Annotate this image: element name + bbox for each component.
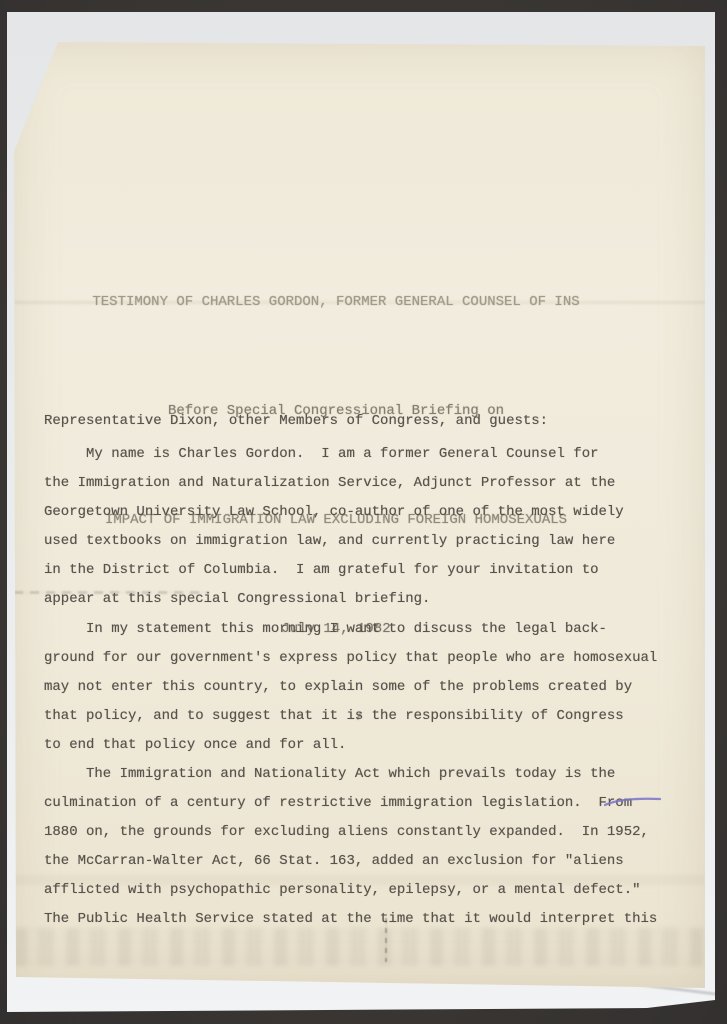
pen-underline-1952-icon bbox=[604, 796, 662, 808]
body-line: to end that policy once and for all. bbox=[44, 731, 684, 760]
pen-underline-stroke bbox=[605, 799, 660, 805]
body-line: the Immigration and Naturalization Servi… bbox=[44, 469, 684, 498]
salutation: Representative Dixon, other Members of C… bbox=[44, 407, 684, 436]
body-line: in the District of Columbia. I am gratef… bbox=[44, 556, 684, 585]
body-line: 1880 on, the grounds for excluding alien… bbox=[44, 818, 684, 847]
body-line: may not enter this country, to explain s… bbox=[44, 673, 684, 702]
heading-line-title: TESTIMONY OF CHARLES GORDON, FORMER GENE… bbox=[31, 284, 641, 320]
body-line: afflicted with psychopathic personality,… bbox=[44, 876, 684, 905]
body-line: that policy, and to suggest that it is t… bbox=[44, 702, 684, 731]
body-line: The Public Health Service stated at the … bbox=[44, 905, 684, 934]
body-line: the McCarran-Walter Act, 66 Stat. 163, a… bbox=[44, 847, 684, 876]
body-line: culmination of a century of restrictive … bbox=[44, 789, 684, 818]
body-line: Georgetown University Law School, co-aut… bbox=[44, 498, 684, 527]
scan-background: { "page": { "heading_lines": [ "TESTIMON… bbox=[0, 0, 727, 1024]
body-line: used textbooks on immigration law, and c… bbox=[44, 527, 684, 556]
body-line: ground for our government's express poli… bbox=[44, 644, 684, 673]
body-line: appear at this special Congressional bri… bbox=[44, 585, 684, 614]
body-line: The Immigration and Nationality Act whic… bbox=[44, 760, 684, 789]
body-line: My name is Charles Gordon. I am a former… bbox=[44, 440, 684, 469]
body-line: In my statement this morning I want to d… bbox=[44, 615, 684, 644]
document-body: Representative Dixon, other Members of C… bbox=[44, 407, 684, 935]
document-page: TESTIMONY OF CHARLES GORDON, FORMER GENE… bbox=[14, 42, 705, 988]
